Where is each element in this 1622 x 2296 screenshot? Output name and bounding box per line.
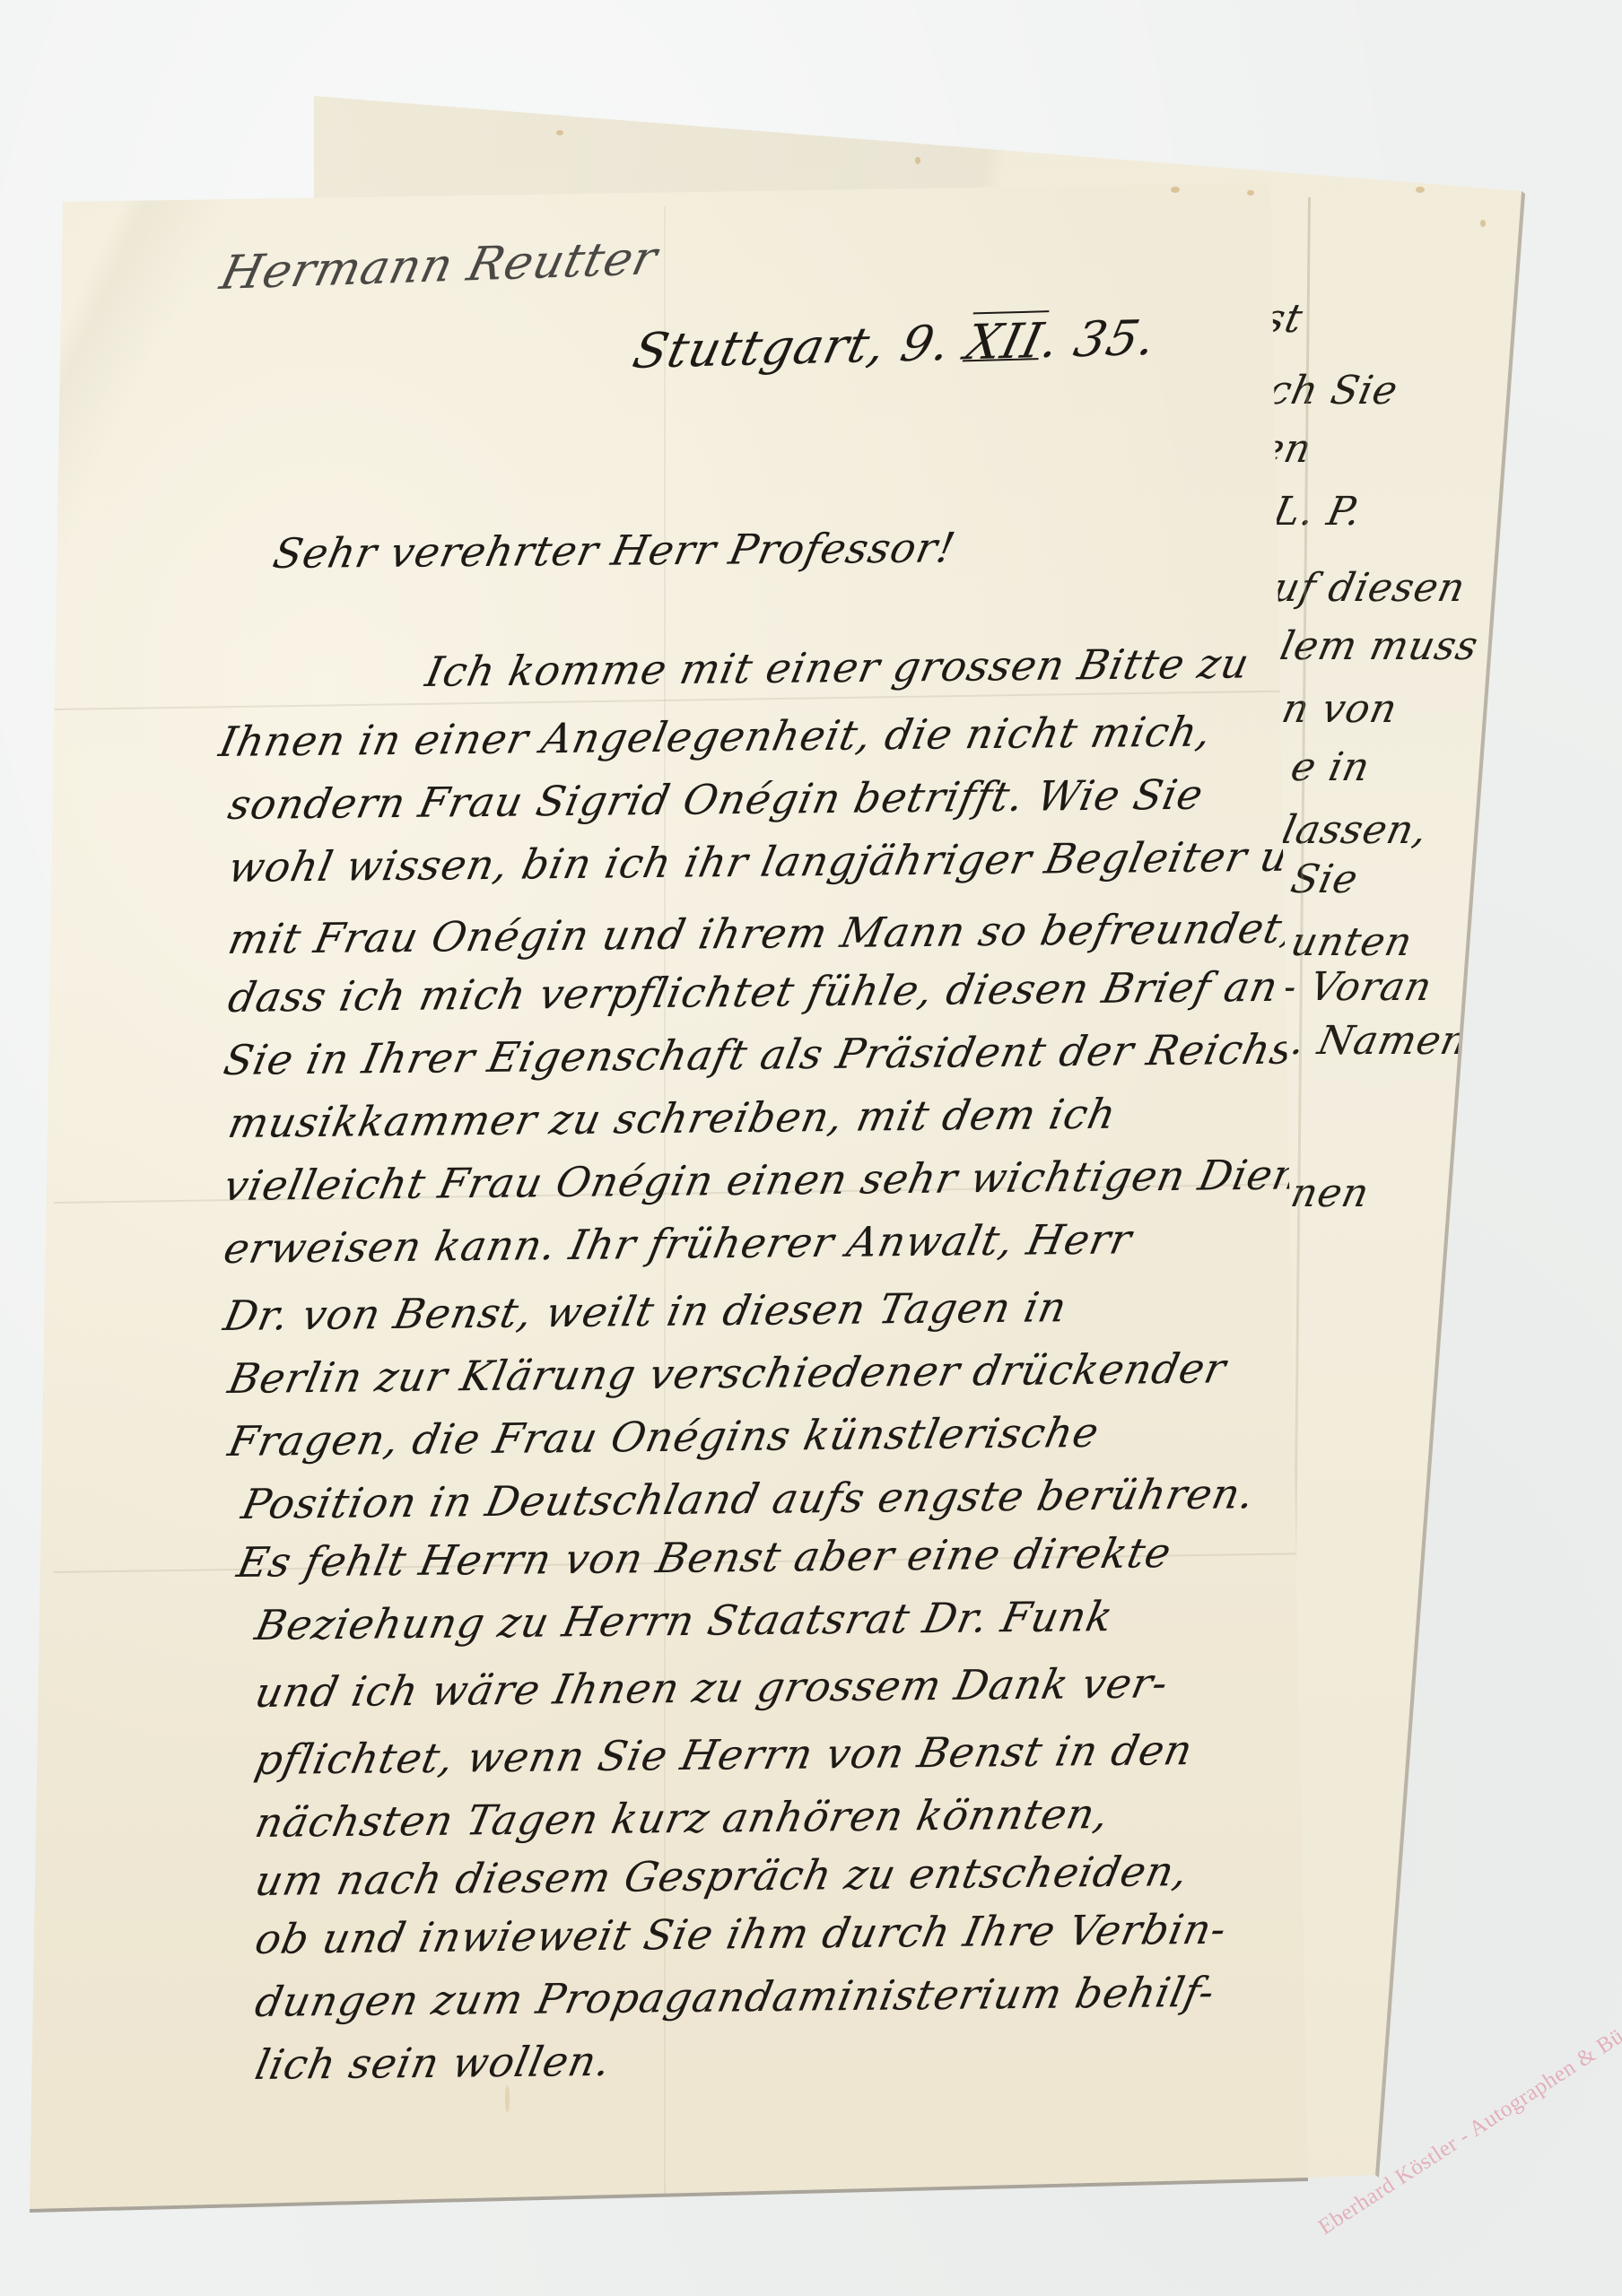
- body-line: Beziehung zu Herrn Staatsrat Dr. Funk: [251, 1592, 1118, 1649]
- foxing-spot: [1247, 190, 1254, 196]
- body-line: dass ich mich verpflichtet fühle, diesen…: [224, 962, 1283, 1022]
- foxing-spot: [556, 130, 563, 135]
- back-page-fragment: . Namen: [1287, 1018, 1473, 1064]
- foxing-spot: [1480, 220, 1486, 227]
- back-page-fragment: L. P.: [1269, 489, 1366, 535]
- body-line: Ihnen in einer Angelegenheit, die nicht …: [215, 707, 1216, 766]
- foxing-spot: [915, 157, 920, 164]
- body-line: Berlin zur Klärung verschiedener drücken…: [224, 1344, 1231, 1403]
- body-line: mit Frau Onégin und ihrem Mann so befreu…: [224, 904, 1301, 963]
- letter-year: . 35.: [1036, 309, 1162, 369]
- body-line: ob und inwieweit Sie ihm durch Ihre Verb…: [251, 1905, 1231, 1963]
- body-line: erweisen kann. Ihr früherer Anwalt, Herr: [220, 1214, 1137, 1273]
- body-line: lich sein wollen.: [251, 2037, 615, 2089]
- body-line: um nach diesem Gespräch zu entscheiden,: [251, 1847, 1193, 1905]
- body-line: pflichtet, wenn Sie Herrn von Benst in d…: [251, 1726, 1198, 1784]
- back-page-fragment: Sie: [1287, 857, 1363, 902]
- body-line: Fragen, die Frau Onégins künstlerische: [224, 1408, 1103, 1465]
- foxing-spot: [1416, 187, 1425, 193]
- back-page-fragment: lem muss: [1277, 623, 1483, 669]
- body-line: sondern Frau Sigrid Onégin betrifft. Wie…: [224, 770, 1208, 829]
- place-and-date: Stuttgart, 9. XII. 35.: [628, 309, 1162, 379]
- letter-day: 9.: [895, 315, 956, 372]
- body-line: nächsten Tagen kurz anhören könnten,: [251, 1789, 1113, 1847]
- body-line: Position in Deutschland aufs engste berü…: [238, 1469, 1260, 1528]
- back-page-fragment: n von: [1278, 686, 1402, 732]
- foxing-stain: [505, 2085, 510, 2112]
- body-line: Ich komme mit einer grossen Bitte zu: [422, 639, 1254, 696]
- body-line: Dr. von Benst, weilt in diesen Tagen in: [220, 1283, 1071, 1340]
- back-page-fragment: unten: [1287, 919, 1417, 965]
- body-line: Es fehlt Herrn von Benst aber eine direk…: [233, 1528, 1176, 1587]
- back-page-fragment: e in: [1287, 744, 1374, 790]
- body-line: vielleicht Frau Onégin einen sehr wichti…: [220, 1150, 1345, 1210]
- back-page-fragment: uf diesen: [1269, 565, 1470, 611]
- body-line: Sie in Ihrer Eigenschaft als Präsident d…: [220, 1024, 1312, 1084]
- body-line: musikkammer zu schreiben, mit dem ich: [224, 1090, 1121, 1147]
- letter-place: Stuttgart,: [628, 317, 892, 379]
- salutation: Sehr verehrter Herr Professor!: [269, 523, 960, 578]
- body-line: dungen zum Propagandaministerium behilf-: [251, 1968, 1219, 2026]
- letter-month: XII: [960, 312, 1049, 370]
- sender-pencil-annotation: Hermann Reutter: [215, 231, 663, 300]
- body-line: und ich wäre Ihnen zu grossem Dank ver-: [251, 1658, 1173, 1717]
- foxing-spot: [1171, 187, 1180, 193]
- body-line: wohl wissen, bin ich ihr langjähriger Be…: [224, 831, 1348, 891]
